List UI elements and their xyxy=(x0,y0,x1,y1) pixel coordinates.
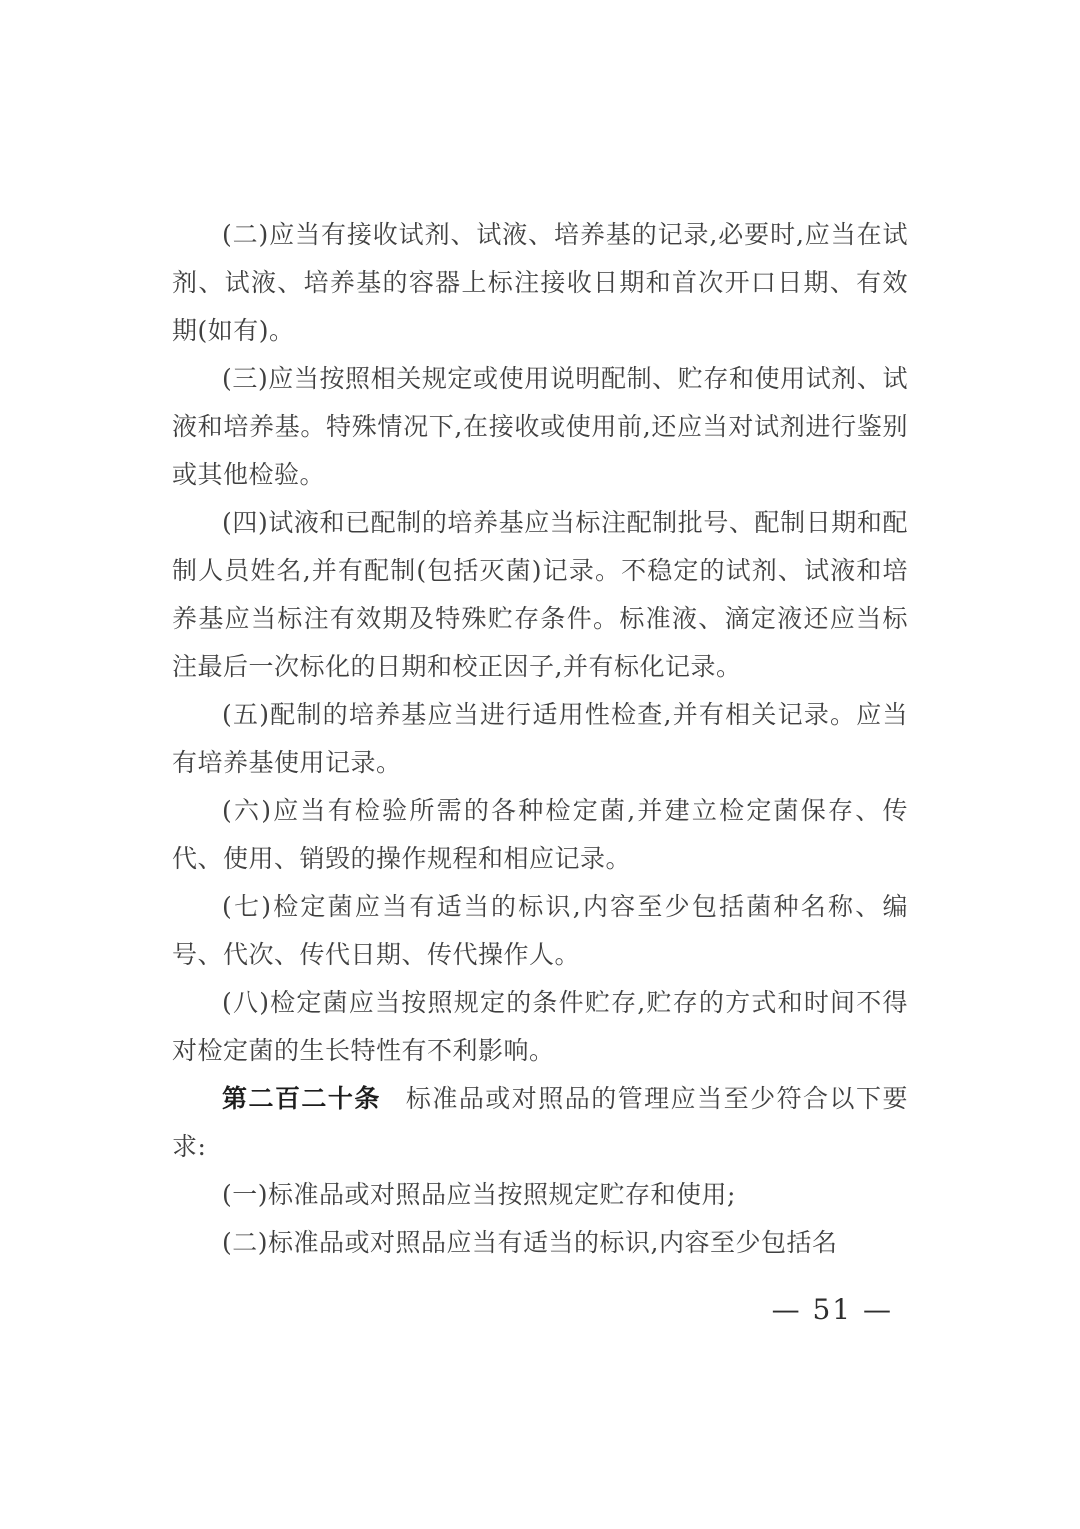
paragraph-clause-8: (八)检定菌应当按照规定的条件贮存,贮存的方式和时间不得对检定菌的生长特性有不利… xyxy=(172,979,908,1075)
paragraph-item-2: (二)标准品或对照品应当有适当的标识,内容至少包括名 xyxy=(172,1219,908,1267)
paragraph-item-1: (一)标准品或对照品应当按照规定贮存和使用; xyxy=(172,1171,908,1219)
paragraph-clause-2: (二)应当有接收试剂、试液、培养基的记录,必要时,应当在试剂、试液、培养基的容器… xyxy=(172,211,908,355)
paragraph-clause-5: (五)配制的培养基应当进行适用性检查,并有相关记录。应当有培养基使用记录。 xyxy=(172,691,908,787)
paragraph-clause-4: (四)试液和已配制的培养基应当标注配制批号、配制日期和配制人员姓名,并有配制(包… xyxy=(172,499,908,691)
paragraph-clause-6: (六)应当有检验所需的各种检定菌,并建立检定菌保存、传代、使用、销毁的操作规程和… xyxy=(172,787,908,883)
document-body: (二)应当有接收试剂、试液、培养基的记录,必要时,应当在试剂、试液、培养基的容器… xyxy=(172,211,908,1267)
page-number: — 51 — xyxy=(772,1292,893,1328)
document-page: (二)应当有接收试剂、试液、培养基的记录,必要时,应当在试剂、试液、培养基的容器… xyxy=(0,0,1080,1529)
paragraph-clause-3: (三)应当按照相关规定或使用说明配制、贮存和使用试剂、试液和培养基。特殊情况下,… xyxy=(172,355,908,499)
article-220-paragraph: 第二百二十条标准品或对照品的管理应当至少符合以下要求: xyxy=(172,1075,908,1171)
paragraph-clause-7: (七)检定菌应当有适当的标识,内容至少包括菌种名称、编号、代次、传代日期、传代操… xyxy=(172,883,908,979)
article-220-number: 第二百二十条 xyxy=(222,1084,381,1113)
